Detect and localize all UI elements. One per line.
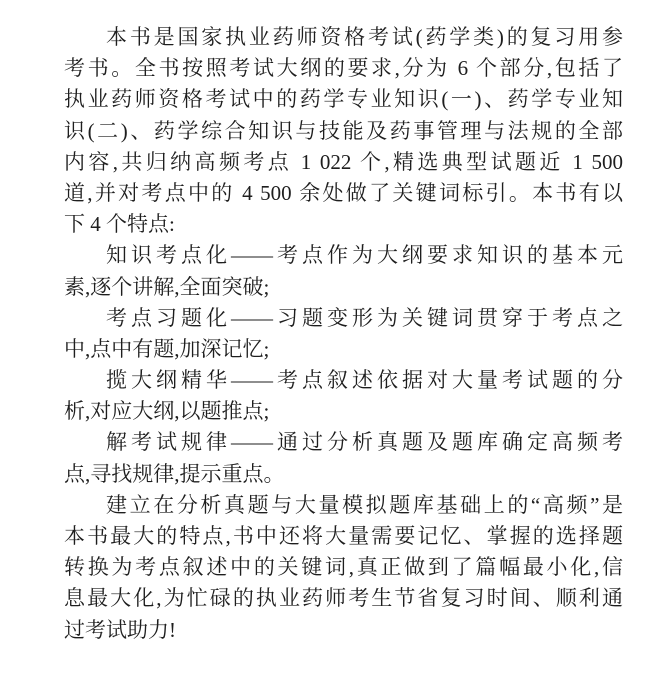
paragraph-6-line-1: 建立在分析真题与大量模拟题库基础上的“高频”是 xyxy=(64,490,623,521)
paragraph-2-line-1: 知识考点化——考点作为大纲要求知识的基本元 xyxy=(64,240,623,271)
text-block: 本书是国家执业药师资格考试(药学类)的复习用参考书。全书按照考试大纲的要求,分为… xyxy=(64,22,623,646)
paragraph-1-line-6: 道,并对考点中的 4 500 余处做了关键词标引。本书有以 xyxy=(64,178,623,209)
paragraph-3-line-1: 考点习题化——习题变形为关键词贯穿于考点之 xyxy=(64,303,623,334)
paragraph-2-line-2: 素,逐个讲解,全面突破; xyxy=(64,272,623,303)
paragraph-5-line-1: 解考试规律——通过分析真题及题库确定高频考 xyxy=(64,427,623,458)
paragraph-6-line-2: 本书最大的特点,书中还将大量需要记忆、掌握的选择题 xyxy=(64,521,623,552)
paragraph-1-line-7: 下 4 个特点: xyxy=(64,209,623,240)
paragraph-1-line-4: 识(二)、药学综合知识与技能及药事管理与法规的全部 xyxy=(64,116,623,147)
paragraph-1-line-3: 执业药师资格考试中的药学专业知识(一)、药学专业知 xyxy=(64,84,623,115)
paragraph-4-line-2: 析,对应大纲,以题推点; xyxy=(64,396,623,427)
paragraph-5-line-2: 点,寻找规律,提示重点。 xyxy=(64,459,623,490)
paragraph-1-line-2: 考书。全书按照考试大纲的要求,分为 6 个部分,包括了 xyxy=(64,53,623,84)
paragraph-3-line-2: 中,点中有题,加深记忆; xyxy=(64,334,623,365)
paragraph-1-line-5: 内容,共归纳高频考点 1 022 个,精选典型试题近 1 500 xyxy=(64,147,623,178)
book-page: 本书是国家执业药师资格考试(药学类)的复习用参考书。全书按照考试大纲的要求,分为… xyxy=(0,0,648,694)
paragraph-6-line-3: 转换为考点叙述中的关键词,真正做到了篇幅最小化,信 xyxy=(64,552,623,583)
paragraph-4-line-1: 揽大纲精华——考点叙述依据对大量考试题的分 xyxy=(64,365,623,396)
paragraph-6-line-5: 过考试助力! xyxy=(64,615,623,646)
paragraph-6-line-4: 息最大化,为忙碌的执业药师考生节省复习时间、顺利通 xyxy=(64,583,623,614)
paragraph-1-line-1: 本书是国家执业药师资格考试(药学类)的复习用参 xyxy=(64,22,623,53)
